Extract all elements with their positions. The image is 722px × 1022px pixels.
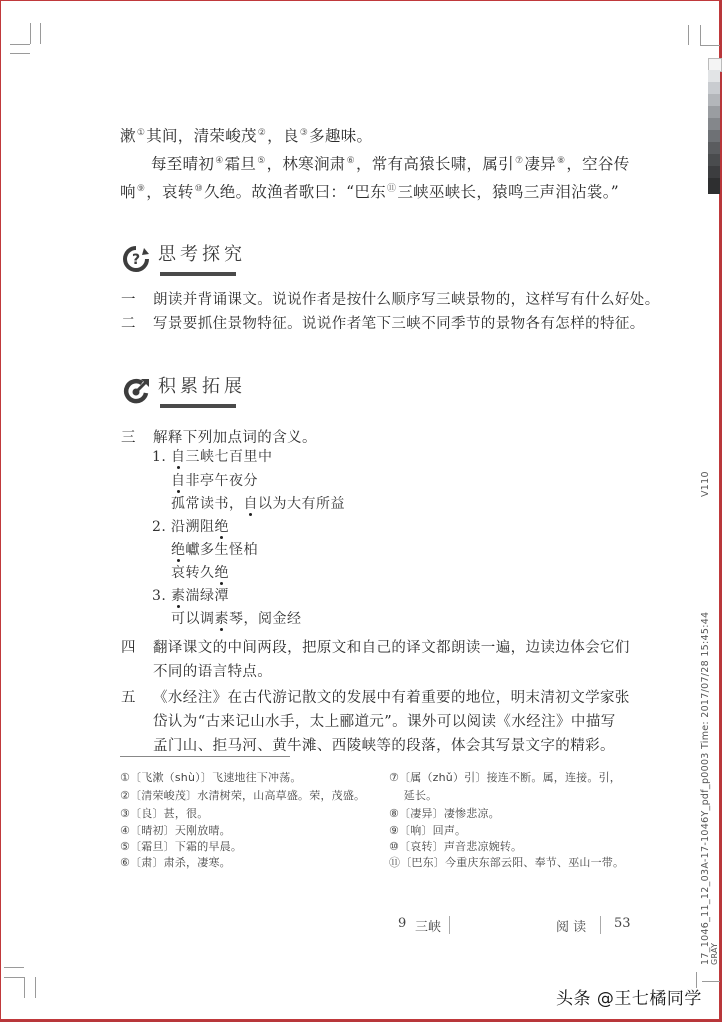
margin-gray-label: GRAY [710,943,719,965]
text: 霜旦 [225,155,257,173]
page-number: 53 [614,916,631,931]
footnote-item: ⑥〔肃〕肃杀，凄寒。 [120,853,231,872]
text: 其间，清荣峻茂 [146,127,257,145]
text: ，良 [267,127,299,145]
footnote-ref[interactable]: ⑦ [515,156,523,166]
section-title: 积累拓展 [158,374,246,400]
footnote-ref[interactable]: ⑥ [347,156,355,166]
group-label: 3. [152,585,166,607]
text: ，常有高猿长啸，属引 [356,155,514,173]
section-header-extend: 积累拓展 [122,374,246,414]
dotted-word: 素 [171,588,186,604]
footnote-ref[interactable]: ⑤ [257,156,265,166]
text: 凄异 [524,155,556,173]
text: ，空谷传 [566,155,629,173]
passage-paragraph-2-line-2: 响⑨，哀转⑩久绝。故渔者歌曰：“巴东⑪三峡巫峡长，猿鸣三声泪沾裳。” [120,174,660,207]
margin-code-v110: V110 [700,471,711,497]
footnote-ref[interactable]: ⑪ [387,184,396,194]
question-text: 岱认为“古来记山水手，太上郦道元”。课外可以阅读《水经注》中描写 [153,714,616,730]
dotted-word: 自 [244,496,259,512]
text: ，哀转 [146,183,193,201]
refresh-arrow-icon [122,377,150,405]
crop-mark [24,977,25,998]
text: 琴，阅金经 [229,611,302,627]
footnote-ref[interactable]: ⑨ [137,184,145,194]
dotted-word: 素 [215,611,230,627]
section-underline [160,404,236,408]
crop-mark [702,981,720,982]
footer-separator [600,916,601,934]
vocab-line: 可以调素琴，阅金经 [171,608,302,630]
crop-mark [35,977,36,998]
section-underline [160,272,236,276]
question-text: 朗读并背诵课文。说说作者是按什么顺序写三峡景物的，这样写有什么好处。 [153,292,660,308]
dotted-word: 自 [171,449,186,465]
group-label: 2. [152,516,166,538]
footnote-ref[interactable]: ② [258,128,266,138]
text: ，林寒涧肃 [267,155,346,173]
footer-separator [449,916,450,934]
vocab-line: 孤常读书，自以为大有所益 [171,493,345,515]
question-text: 翻译课文的中间两段，把原文和自己的译文都朗读一遍，边读边体会它们 [153,640,630,656]
text: 多趣味。 [309,127,372,145]
section-header-think: ? 思考探究 [122,242,246,282]
footnote-item: ⑦〔属（zhǔ）引〕接连不断。属，连接。引， [389,768,621,787]
dotted-word: 自 [171,473,186,489]
crop-mark [4,977,24,978]
question-number: 二 [121,310,153,338]
question-2: 二写景要抓住景物特征。说说作者笔下三峡不同季节的景物各有怎样的特征。 [121,310,681,338]
footnote-item: ⑪〔巴东〕今重庆东部云阳、奉节、巫山一带。 [389,853,624,872]
text: 响 [120,183,136,201]
footnote-divider [120,756,290,757]
margin-print-code: 17_1046_11_12_03A-17-1046Y_pdf_p0003 Tim… [700,612,711,965]
crop-mark [700,45,720,46]
footnote-item: ②〔清荣峻茂〕水清树荣，山高草盛。荣，茂盛。 [120,786,365,805]
question-number: 三 [121,424,153,452]
footnote-ref[interactable]: ⑩ [195,184,203,194]
footnote-ref[interactable]: ① [137,128,145,138]
text: 非亭午夜分 [186,473,259,489]
dotted-word: 绝 [215,519,230,535]
footnote-ref[interactable]: ④ [215,156,223,166]
text: 可以调 [171,611,215,627]
svg-text:?: ? [132,252,140,268]
text: 以为大有所益 [258,496,345,512]
text: 三峡巫峡长，猿鸣三声泪沾裳。” [397,183,619,201]
dotted-word: 绝 [171,542,186,558]
crop-mark [700,25,701,45]
footnote-item: 延长。 [389,786,437,805]
watermark: 头条 @王七橘同学 [556,984,702,1009]
vocab-line: 素湍绿潭 [171,585,229,607]
question-text: 不同的语言特点。 [153,664,272,680]
group-label: 1. [152,446,166,468]
text: 巘多生怪柏 [186,542,259,558]
crop-mark [4,967,24,968]
footnote-item: ①〔飞漱（shù）〕飞速地往下冲荡。 [120,768,302,787]
footnote-ref[interactable]: ③ [300,128,308,138]
section-title: 思考探究 [158,242,246,268]
text: 漱 [120,127,136,145]
crop-mark [10,53,30,54]
text: 孤常读书， [171,496,244,512]
crop-mark [40,23,41,44]
text: 沿溯阻 [171,519,215,535]
dotted-word: 绝 [215,565,230,581]
text: 三峡七百里中 [186,449,273,465]
vocab-line: 绝巘多生怪柏 [171,539,258,561]
question-4-continued: 不同的语言特点。 [121,658,713,686]
crop-mark [30,23,31,44]
question-text: 解释下列加点词的含义。 [153,430,317,446]
footnote-ref[interactable]: ⑧ [557,156,565,166]
crop-mark [10,44,30,45]
vocab-line: 自三峡七百里中 [171,446,273,468]
question-text: 孟门山、拒马河、黄牛滩、西陵峡等的段落，体会其写景文字的精彩。 [153,738,615,754]
lesson-number: 9 [398,916,406,931]
unit-label: 阅 读 [556,916,586,935]
text: 湍绿潭 [186,588,230,604]
text: 久绝。故渔者歌曰：“巴东 [204,183,386,201]
question-text: 写景要抓住景物特征。说说作者笔下三峡不同季节的景物各有怎样的特征。 [153,316,645,332]
lesson-title: 三峡 [415,916,441,935]
question-text: 《水经注》在古代游记散文的发展中有着重要的地位，明末清初文学家张 [153,690,630,706]
text: 每至晴初 [151,155,214,173]
vocab-line: 哀转久绝 [171,562,229,584]
question-circle-icon: ? [122,245,150,273]
vocab-line: 沿溯阻绝 [171,516,229,538]
crop-mark [688,25,689,45]
text: 哀转久 [171,565,215,581]
vocab-line: 自非亭午夜分 [171,470,258,492]
